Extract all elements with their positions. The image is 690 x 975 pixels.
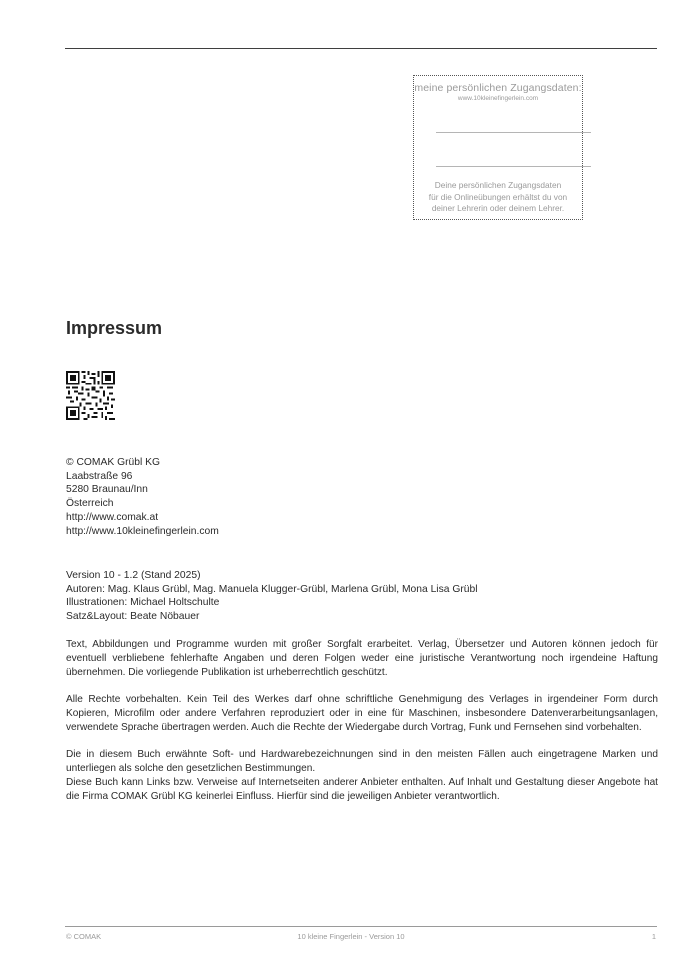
version-info: Version 10 - 1.2 (Stand 2025) xyxy=(66,569,478,583)
city: 5280 Braunau/Inn xyxy=(66,483,219,497)
footer-title: 10 kleine Fingerlein - Version 10 xyxy=(0,932,690,941)
page-number: 1 xyxy=(652,932,656,941)
layout-credit: Satz&Layout: Beate Nöbauer xyxy=(66,610,478,624)
disclaimer-paragraph: Text, Abbildungen und Programme wurden m… xyxy=(66,638,658,679)
access-note-line: für die Onlineübungen erhältst du von xyxy=(414,192,582,204)
access-box-title: meine persönlichen Zugangsdaten: xyxy=(414,82,582,94)
publisher-address: © COMAK Grübl KG Laabstraße 96 5280 Brau… xyxy=(66,456,219,538)
header-rule xyxy=(65,48,657,49)
access-note-line: Deine persönlichen Zugangsdaten xyxy=(414,180,582,192)
password-write-line xyxy=(436,166,591,167)
illustrations-credit: Illustrationen: Michael Holtschulte xyxy=(66,596,478,610)
trademark-paragraph: Die in diesem Buch erwähnte Soft- und Ha… xyxy=(66,748,658,776)
access-box-url: www.10kleinefingerlein.com xyxy=(414,95,582,102)
authors: Autoren: Mag. Klaus Grübl, Mag. Manuela … xyxy=(66,583,478,597)
access-credentials-box: meine persönlichen Zugangsdaten: www.10k… xyxy=(413,75,583,220)
product-website-link[interactable]: http://www.10kleinefingerlein.com xyxy=(66,525,219,539)
publisher-website-link[interactable]: http://www.comak.at xyxy=(66,511,219,525)
credits: Version 10 - 1.2 (Stand 2025) Autoren: M… xyxy=(66,569,478,624)
footer-rule xyxy=(65,926,657,927)
access-note-line: deiner Lehrerin oder deinem Lehrer. xyxy=(414,203,582,215)
external-links-paragraph: Diese Buch kann Links bzw. Verweise auf … xyxy=(66,776,658,804)
rights-paragraph: Alle Rechte vorbehalten. Kein Teil des W… xyxy=(66,693,658,734)
country: Österreich xyxy=(66,497,219,511)
qr-code-icon xyxy=(66,371,115,420)
username-write-line xyxy=(436,132,591,133)
street-address: Laabstraße 96 xyxy=(66,470,219,484)
publisher-name: © COMAK Grübl KG xyxy=(66,456,219,470)
page-title: Impressum xyxy=(66,318,162,339)
access-box-note: Deine persönlichen Zugangsdaten für die … xyxy=(414,180,582,215)
